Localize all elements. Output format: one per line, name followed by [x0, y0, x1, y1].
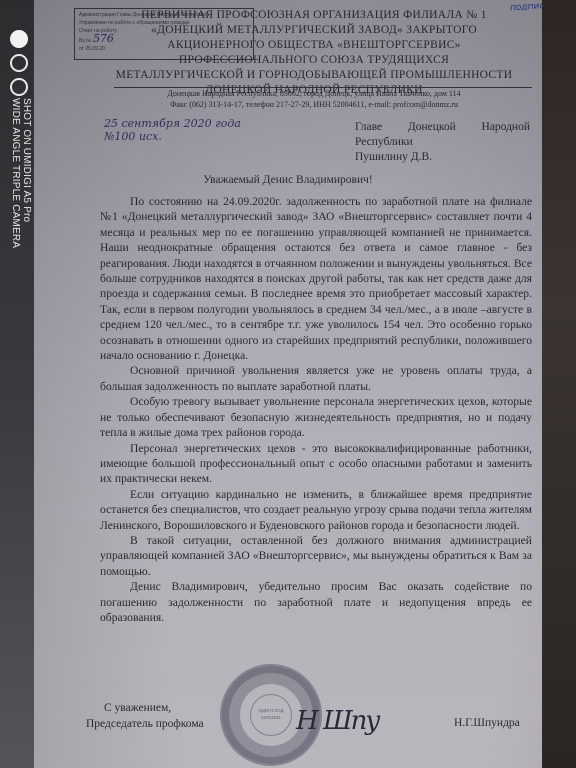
signer-name: Н.Г.Шпундра	[454, 717, 520, 729]
stamp-number-label: Вх.№	[79, 38, 92, 44]
letterhead: Первичная профсоюзная организация филиал…	[94, 8, 534, 98]
watermark-line-1: SHOT ON UMIDIGI A5 Pro	[21, 98, 32, 248]
closing-position: Председатель профкома	[86, 716, 204, 732]
letterhead-line: металлургической и горнодобывающей промы…	[94, 68, 534, 83]
outgoing-number: №100 исх.	[104, 130, 241, 143]
paragraph: Основной причиной увольнения является уж…	[100, 363, 532, 394]
camera-watermark: SHOT ON UMIDIGI A5 Pro WIDE ANGLE TRIPLE…	[4, 30, 34, 290]
seal-code-label: ИДЕНТ.КОД	[251, 707, 291, 714]
recipient-line-1: Главе Донецкой Народной	[355, 120, 530, 135]
letter-body: По состоянию на 24.09.2020г. задолженнос…	[100, 194, 532, 625]
outgoing-reference: 25 сентября 2020 года №100 исх.	[104, 117, 241, 143]
closing-regards: С уважением,	[86, 700, 204, 716]
letterhead-address: Донецкая Народная Республика, 83062, гор…	[94, 88, 534, 99]
watermark-ring-icon	[10, 78, 28, 96]
watermark-dot-icon	[10, 30, 28, 48]
letter-page: подпись Администрация Главы Донецкой Нар…	[34, 0, 542, 768]
watermark-ring-icon	[10, 54, 28, 72]
watermark-text: SHOT ON UMIDIGI A5 Pro WIDE ANGLE TRIPLE…	[10, 98, 32, 248]
closing-block: С уважением, Председатель профкома	[86, 700, 204, 732]
handwritten-signature: Н Шпу	[296, 706, 378, 736]
letterhead-line: профессионального союза трудящихся	[94, 53, 534, 68]
letterhead-line: Первичная профсоюзная организация филиал…	[94, 8, 534, 23]
recipient-line-3: Пушилину Д.В.	[355, 150, 530, 165]
recipient-block: Главе Донецкой Народной Республики Пушил…	[355, 120, 530, 165]
outgoing-date: 25 сентября 2020 года	[104, 117, 241, 130]
letterhead-line: акционерного общества «Внешторгсервис»	[94, 38, 534, 53]
paragraph: Денис Владимирович, убедительно просим В…	[100, 579, 532, 625]
recipient-line-2: Республики	[355, 135, 530, 150]
salutation: Уважаемый Денис Владимирович!	[34, 174, 542, 186]
paragraph: Персонал энергетических цехов - это высо…	[100, 441, 532, 487]
letterhead-contact-line: Факс (062) 313-14-17, телефон 217-27-29,…	[94, 99, 534, 110]
letterhead-contacts: Донецкая Народная Республика, 83062, гор…	[94, 88, 534, 110]
seal-code-value: 52004611	[251, 714, 291, 721]
paragraph: По состоянию на 24.09.2020г. задолженнос…	[100, 194, 532, 363]
letterhead-line: «Донецкий металлургический завод» закрыт…	[94, 23, 534, 38]
paragraph: В такой ситуации, оставленной без должно…	[100, 533, 532, 579]
seal-center: ИДЕНТ.КОД 52004611	[250, 694, 292, 736]
stamp-date-label: от	[79, 46, 84, 52]
watermark-line-2: WIDE ANGLE TRIPLE CAMERA	[10, 98, 21, 248]
paragraph: Особую тревогу вызывает увольнение персо…	[100, 394, 532, 440]
paragraph: Если ситуацию кардинально не изменить, в…	[100, 487, 532, 533]
